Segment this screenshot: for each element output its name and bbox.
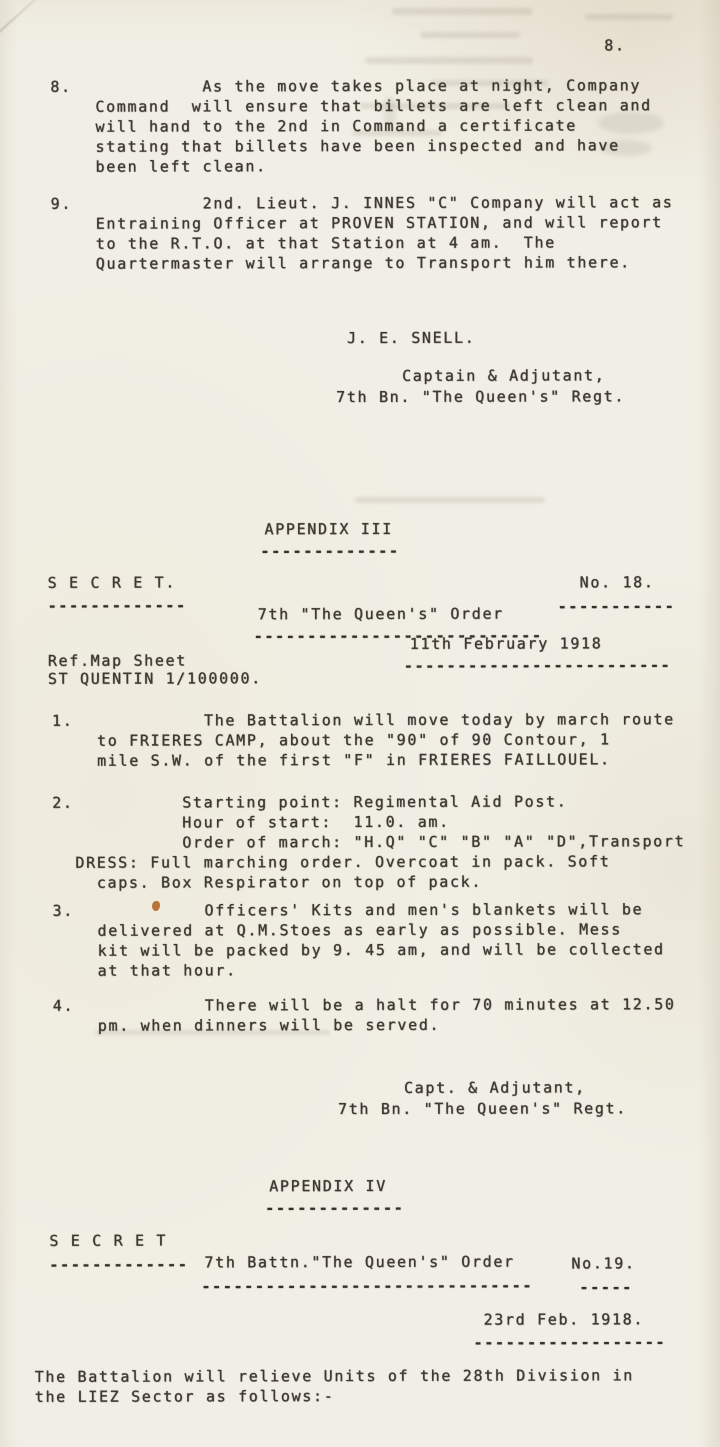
order-item-text: As the move takes place at night, Compan…: [95, 75, 652, 176]
order-date-underline: -------------------------: [404, 655, 672, 676]
order-item-number: 3.: [52, 901, 73, 921]
order-item-text: Starting point: Regimental Aid Post. Hou…: [75, 791, 685, 893]
order-item-text: Officers' Kits and men's blankets will b…: [97, 899, 664, 980]
order-date: 11th February 1918: [410, 633, 603, 654]
appendix-iv-heading: APPENDIX IV: [269, 1176, 387, 1196]
appendix-iv-heading-underline: -------------: [265, 1198, 404, 1218]
order-item-text: 2nd. Lieut. J. INNES "C" Company will ac…: [96, 192, 674, 274]
order-item-number: 9.: [51, 194, 72, 214]
appendix-iii-heading: APPENDIX III: [264, 519, 392, 539]
order-item-text: The Battalion will move today by march r…: [97, 709, 675, 771]
page-number: 8.: [604, 35, 625, 55]
secret-classification: S E C R E T.: [48, 572, 176, 592]
order-date-underline: ------------------: [474, 1332, 667, 1353]
typewritten-content: 8. 8. As the move takes place at night, …: [0, 0, 720, 1447]
secret-classification: S E C R E T: [49, 1231, 167, 1251]
signature-unit: 7th Bn. "The Queen's" Regt.: [336, 386, 625, 407]
signature-unit: 7th Bn. "The Queen's" Regt.: [338, 1098, 627, 1119]
signature-name: J. E. SNELL.: [347, 328, 475, 348]
scanned-document-page: 8. 8. As the move takes place at night, …: [0, 0, 720, 1447]
order-title-underline: -------------------------------: [201, 1276, 533, 1297]
order-number-underline: -----: [579, 1277, 633, 1297]
appendix-iii-heading-underline: -------------: [261, 541, 400, 561]
order-number-underline: -----------: [558, 596, 676, 616]
order-number: No. 18.: [580, 572, 655, 592]
order-item-text: There will be a halt for 70 minutes at 1…: [98, 994, 676, 1036]
order-item-number: 4.: [53, 996, 74, 1016]
secret-underline: -------------: [48, 595, 187, 615]
order-title: 7th Battn."The Queen's" Order: [204, 1252, 514, 1273]
order-item-number: 1.: [52, 711, 73, 731]
signature-title: Captain & Adjutant,: [402, 365, 605, 386]
secret-underline: -------------: [49, 1254, 188, 1274]
map-reference-sheet: ST QUENTIN 1/100000.: [48, 668, 262, 689]
order-number: No.19.: [571, 1253, 635, 1273]
relief-order-intro: The Battalion will relieve Units of the …: [35, 1365, 634, 1407]
order-title: 7th "The Queen's" Order: [258, 604, 504, 625]
order-item-number: 2.: [52, 793, 73, 813]
order-item-number: 8.: [50, 77, 71, 97]
signature-title: Capt. & Adjutant,: [404, 1077, 586, 1097]
order-date: 23rd Feb. 1918.: [484, 1309, 645, 1329]
